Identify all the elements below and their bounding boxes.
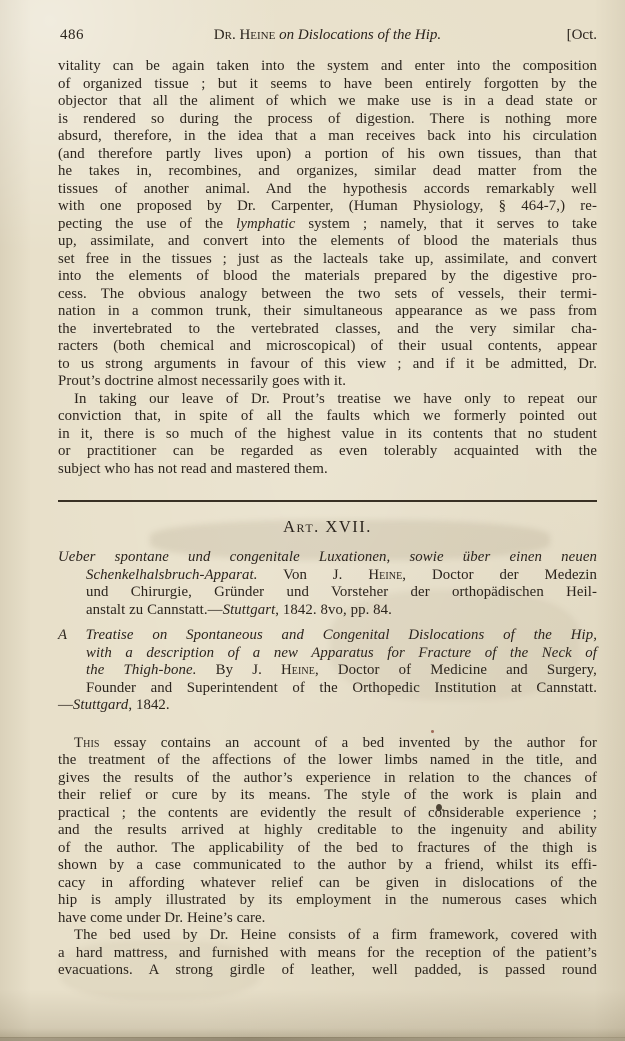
- running-head: 486 Dr. Heine on Dislocations of the Hip…: [58, 27, 597, 48]
- text-line: to us strong arguments in favour of this…: [58, 356, 597, 374]
- text-segment: cacy in affording whatever relief can be…: [58, 875, 597, 891]
- text-line: racters (both chemical and microscopical…: [58, 338, 597, 356]
- text-segment: A Treatise on Spontaneous and Congenital…: [58, 627, 597, 643]
- text-segment: Heine: [281, 662, 315, 678]
- text-segment: Von J.: [258, 567, 369, 583]
- text-segment: tissues of another animal. And the hypot…: [58, 181, 597, 197]
- text-line: or practitioner can be regarded as even …: [58, 443, 597, 461]
- text-line: This essay contains an account of a bed …: [58, 735, 597, 753]
- text-segment: nation in a common trunk, their simultan…: [58, 303, 597, 319]
- text-line: in it, there is so much of the highest v…: [58, 426, 597, 444]
- text-segment: , 1842. 8vo, pp. 84.: [275, 602, 392, 618]
- text-line: of the author. The applicability of the …: [58, 840, 597, 858]
- text-segment: into the elements of blood the materials…: [58, 268, 597, 284]
- text-segment: Prout’s doctrine almost necessarily goes…: [58, 373, 346, 389]
- text-segment: conviction that, in spite of all the fau…: [58, 408, 597, 424]
- text-segment: pecting the use of the: [58, 216, 236, 232]
- page-number: 486: [60, 27, 84, 44]
- text-line: up, assimilate, and convert into the ele…: [58, 233, 597, 251]
- text-segment: system ; namely, that it serves to take: [295, 216, 597, 232]
- text-line: with a description of a new Apparatus fo…: [58, 645, 597, 663]
- text-segment: evacuations. A strong girdle of leather,…: [58, 962, 597, 978]
- text-segment: up, assimilate, and convert into the ele…: [58, 233, 597, 249]
- text-segment: Heine: [368, 567, 402, 583]
- text-line: subject who has not read and mastered th…: [58, 461, 597, 479]
- text-line: vitality can be again taken into the sys…: [58, 58, 597, 76]
- text-line: cess. The obvious analogy between the tw…: [58, 286, 597, 304]
- text-segment: of organized tissue ; but it seems to ha…: [58, 76, 597, 92]
- text-segment: shown by a case communicated to the auth…: [58, 857, 597, 873]
- text-segment: Ueber spontane und congenitale Luxatione…: [58, 549, 597, 565]
- text-line: A Treatise on Spontaneous and Congenital…: [58, 627, 597, 645]
- text-line: objector that all the aliment of which w…: [58, 93, 597, 111]
- ink-blemish: [442, 809, 444, 811]
- text-line: nation in a common trunk, their simultan…: [58, 303, 597, 321]
- citation-german: Ueber spontane und congenitale Luxatione…: [58, 549, 597, 619]
- text-line: set free in the tissues ; just as the la…: [58, 251, 597, 269]
- text-segment: Dr. Heine: [214, 27, 276, 43]
- divider-rule: [58, 500, 597, 502]
- text-segment: racters (both chemical and microscopical…: [58, 338, 597, 354]
- text-line: the Thigh-bone. By J. Heine, Doctor of M…: [58, 662, 597, 680]
- scan-edge: [0, 1037, 625, 1041]
- text-segment: lymphatic: [236, 216, 295, 232]
- text-segment: Stuttgard: [73, 697, 128, 713]
- text-segment: the Thigh-bone.: [86, 662, 197, 678]
- text-line: he takes in, recombines, and organizes, …: [58, 163, 597, 181]
- text-segment: subject who has not read and mastered th…: [58, 461, 328, 477]
- text-line: hip is amply illustrated by its employme…: [58, 892, 597, 910]
- page-body: vitality can be again taken into the sys…: [58, 58, 597, 980]
- text-line: In taking our leave of Dr. Prout’s treat…: [58, 391, 597, 409]
- text-line: anstalt zu Cannstatt.—Stuttgart, 1842. 8…: [58, 602, 597, 620]
- text-segment: Founder and Superintendent of the Orthop…: [86, 680, 597, 696]
- text-segment: he takes in, recombines, and organizes, …: [58, 163, 597, 179]
- text-segment: cess. The obvious analogy between the tw…: [58, 286, 597, 302]
- text-line: into the elements of blood the materials…: [58, 268, 597, 286]
- text-line: Founder and Superintendent of the Orthop…: [58, 680, 597, 698]
- text-line: Ueber spontane und congenitale Luxatione…: [58, 549, 597, 567]
- text-line: —Stuttgard, 1842.: [58, 697, 597, 715]
- article-heading: Art. XVII.: [58, 517, 597, 537]
- text-segment: hip is amply illustrated by its employme…: [58, 892, 597, 908]
- text-segment: a hard mattress, and furnished with mean…: [58, 945, 597, 961]
- text-segment: This: [74, 735, 100, 751]
- text-segment: The bed used by Dr. Heine consists of a …: [74, 927, 597, 943]
- citation-english: A Treatise on Spontaneous and Congenital…: [58, 627, 597, 715]
- text-line: tissues of another animal. And the hypot…: [58, 181, 597, 199]
- ink-blemish: [431, 730, 434, 733]
- text-segment: anstalt zu Cannstatt.—: [86, 602, 223, 618]
- text-segment: essay contains an account of a bed inven…: [100, 735, 597, 751]
- text-segment: in it, there is so much of the highest v…: [58, 426, 597, 442]
- text-segment: und Chirurgie, Gründer und Vorsteher der…: [86, 584, 597, 600]
- text-segment: , 1842.: [128, 697, 169, 713]
- text-line: have come under Dr. Heine’s care.: [58, 910, 597, 928]
- text-segment: on Dislocations of the Hip.: [275, 27, 441, 43]
- text-segment: Schenkelhalsbruch-Apparat.: [86, 567, 258, 583]
- text-segment: or practitioner can be regarded as even …: [58, 443, 597, 459]
- text-segment: and the results arrived at highly credit…: [58, 822, 597, 838]
- text-segment: vitality can be again taken into the sys…: [58, 58, 597, 74]
- text-segment: the treatment of the affections of the l…: [58, 752, 597, 768]
- text-line: und Chirurgie, Gründer und Vorsteher der…: [58, 584, 597, 602]
- text-line: is rendered so during the process of dig…: [58, 111, 597, 129]
- scanned-page: { "page": { "header": { "page_number": "…: [0, 0, 625, 1041]
- text-line: the invertebrated to the vertebrated cla…: [58, 321, 597, 339]
- text-segment: Stuttgart: [223, 602, 276, 618]
- text-segment: practical ; the contents are evidently t…: [58, 805, 597, 821]
- text-line: shown by a case communicated to the auth…: [58, 857, 597, 875]
- review-opening: This essay contains an account of a bed …: [58, 735, 597, 928]
- text-line: gives the results of the author’s experi…: [58, 770, 597, 788]
- text-segment: of the author. The applicability of the …: [58, 840, 597, 856]
- text-segment: with a description of a new Apparatus fo…: [86, 645, 597, 661]
- text-line: conviction that, in spite of all the fau…: [58, 408, 597, 426]
- text-line: their relief or cure by its means. The s…: [58, 787, 597, 805]
- text-line: The bed used by Dr. Heine consists of a …: [58, 927, 597, 945]
- text-line: Schenkelhalsbruch-Apparat. Von J. Heine,…: [58, 567, 597, 585]
- text-segment: is rendered so during the process of dig…: [58, 111, 597, 127]
- text-line: evacuations. A strong girdle of leather,…: [58, 962, 597, 980]
- text-line: and the results arrived at highly credit…: [58, 822, 597, 840]
- text-segment: , Doctor der Medezin: [402, 567, 597, 583]
- text-line: a hard mattress, and furnished with mean…: [58, 945, 597, 963]
- text-segment: gives the results of the author’s experi…: [58, 770, 597, 786]
- text-segment: set free in the tissues ; just as the la…: [58, 251, 597, 267]
- text-segment: their relief or cure by its means. The s…: [58, 787, 597, 803]
- text-line: with one proposed by Dr. Carpenter, (Hum…: [58, 198, 597, 216]
- running-title: Dr. Heine on Dislocations of the Hip.: [58, 27, 597, 44]
- text-line: Prout’s doctrine almost necessarily goes…: [58, 373, 597, 391]
- text-line: absurd, therefore, in the idea that a ma…: [58, 128, 597, 146]
- opening-continuation: vitality can be again taken into the sys…: [58, 58, 597, 391]
- text-segment: By J.: [197, 662, 281, 678]
- text-segment: (and therefore partly lives upon) a port…: [58, 146, 597, 162]
- page-column: 486 Dr. Heine on Dislocations of the Hip…: [58, 27, 597, 980]
- text-line: (and therefore partly lives upon) a port…: [58, 146, 597, 164]
- text-segment: —: [58, 697, 73, 713]
- text-segment: absurd, therefore, in the idea that a ma…: [58, 128, 597, 144]
- text-line: pecting the use of the lymphatic system …: [58, 216, 597, 234]
- issue-label: [Oct.: [567, 27, 597, 44]
- text-segment: , Doctor of Medicine and Surgery,: [315, 662, 597, 678]
- text-line: practical ; the contents are evidently t…: [58, 805, 597, 823]
- bed-description: The bed used by Dr. Heine consists of a …: [58, 927, 597, 980]
- prout-conclusion: In taking our leave of Dr. Prout’s treat…: [58, 391, 597, 479]
- text-line: the treatment of the affections of the l…: [58, 752, 597, 770]
- text-segment: In taking our leave of Dr. Prout’s treat…: [74, 391, 597, 407]
- text-segment: to us strong arguments in favour of this…: [58, 356, 597, 372]
- text-segment: have come under Dr. Heine’s care.: [58, 910, 266, 926]
- text-line: of organized tissue ; but it seems to ha…: [58, 76, 597, 94]
- text-segment: the invertebrated to the vertebrated cla…: [58, 321, 597, 337]
- text-segment: with one proposed by Dr. Carpenter, (Hum…: [58, 198, 597, 214]
- text-segment: objector that all the aliment of which w…: [58, 93, 597, 109]
- text-line: cacy in affording whatever relief can be…: [58, 875, 597, 893]
